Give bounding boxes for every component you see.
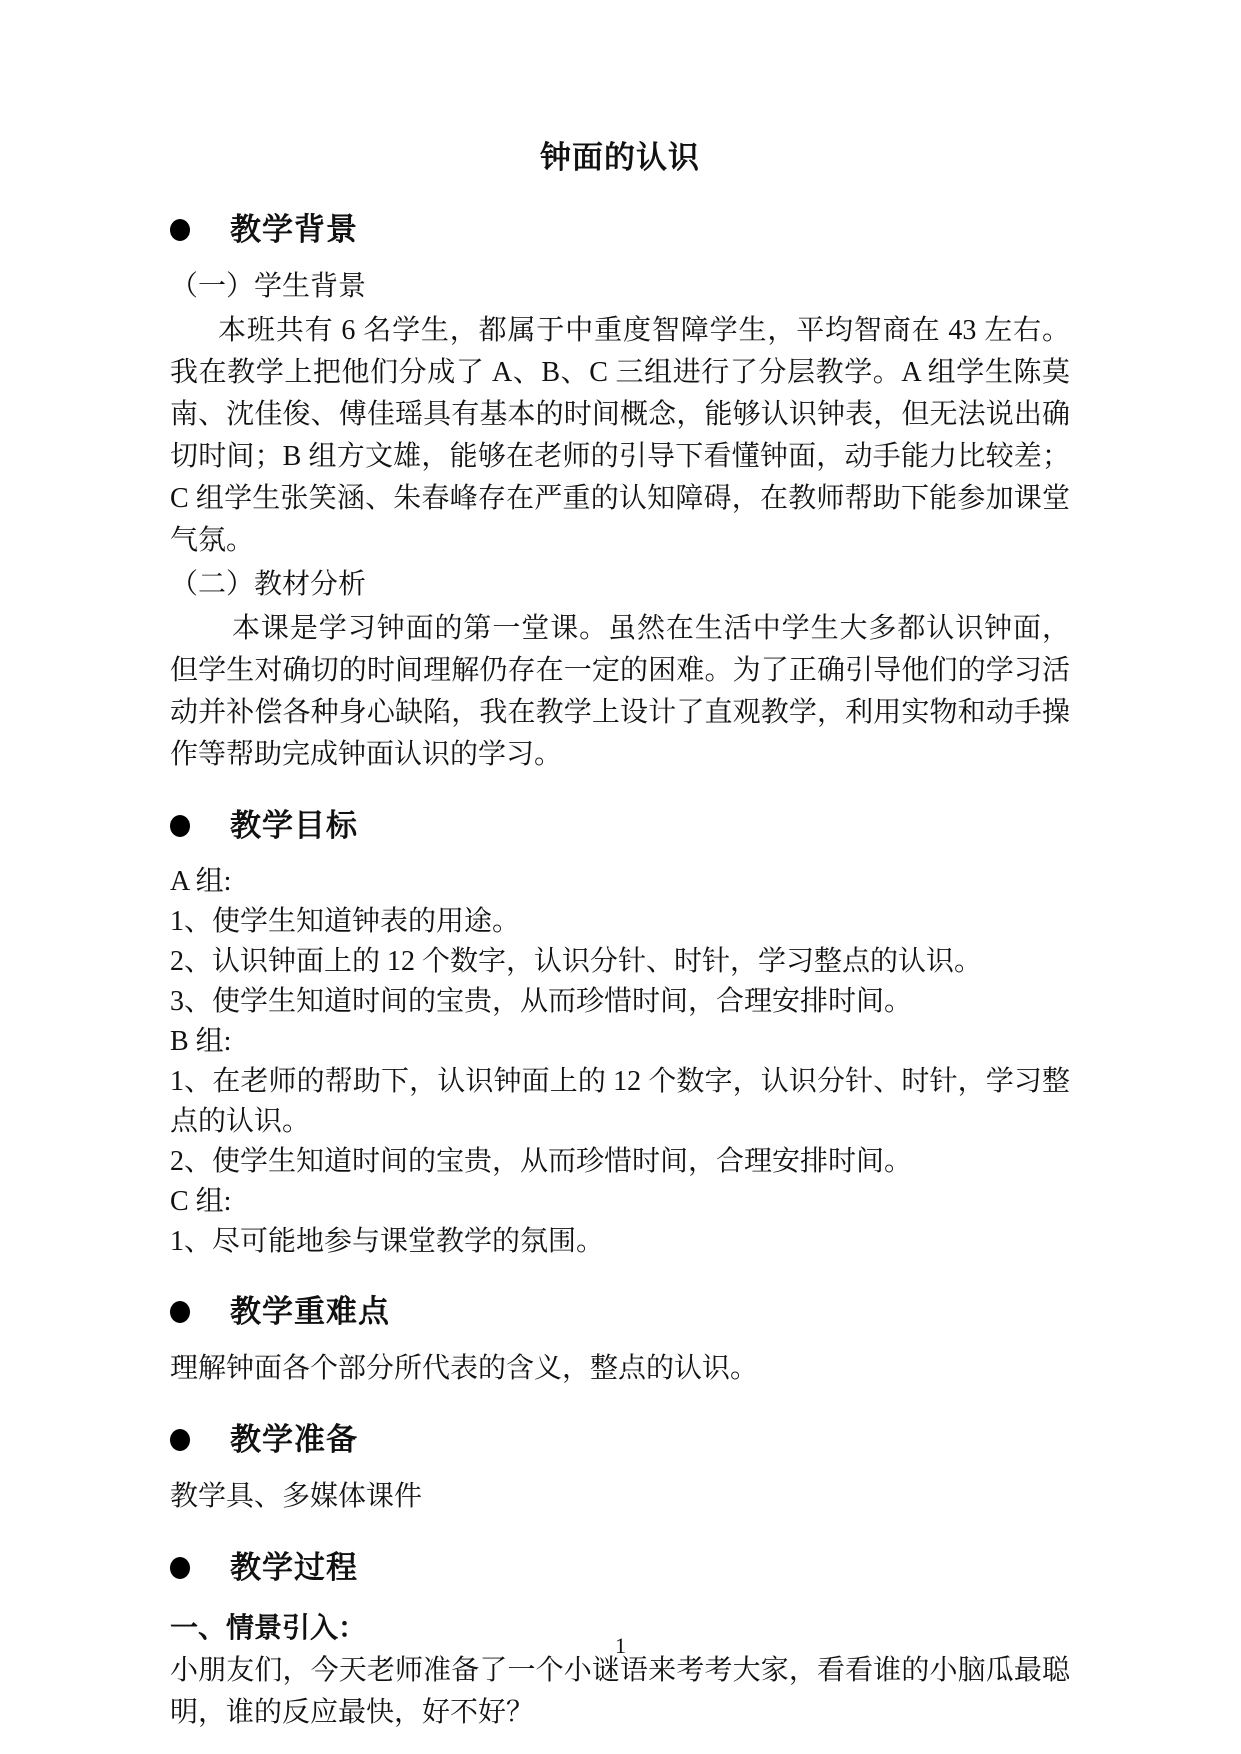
objective-line: 1、在老师的帮助下，认识钟面上的 12 个数字，认识分针、时针，学习整点的认识。 xyxy=(170,1062,1070,1142)
paragraph-scene-introduction: 小朋友们，今天老师准备了一个小谜语来考考大家，看看谁的小脑瓜最聪明，谁的反应最快… xyxy=(170,1650,1070,1734)
section-heading-teaching-objectives: 教学目标 xyxy=(170,804,1070,848)
paragraph-student-background: 本班共有 6 名学生，都属于中重度智障学生，平均智商在 43 左右。我在教学上把… xyxy=(170,310,1070,562)
objective-line: 2、认识钟面上的 12 个数字，认识分针、时针，学习整点的认识。 xyxy=(170,942,1070,982)
section-heading-label: 教学准备 xyxy=(230,1418,358,1462)
document-title: 钟面的认识 xyxy=(170,138,1070,178)
objective-line-group-b: B 组: xyxy=(170,1022,1070,1062)
objective-line: 2、使学生知道时间的宝贵，从而珍惜时间，合理安排时间。 xyxy=(170,1142,1070,1182)
bullet-icon xyxy=(170,219,190,241)
bullet-icon xyxy=(170,1557,190,1579)
section-heading-label: 教学过程 xyxy=(230,1546,358,1590)
subsection-heading-student-background: （一）学生背景 xyxy=(170,266,1070,308)
section-heading-label: 教学目标 xyxy=(230,804,358,848)
paragraph-preparation: 教学具、多媒体课件 xyxy=(170,1476,1070,1518)
section-heading-teaching-background: 教学背景 xyxy=(170,208,1070,252)
bullet-icon xyxy=(170,815,190,837)
objective-line-group-c: C 组: xyxy=(170,1182,1070,1222)
section-heading-teaching-process: 教学过程 xyxy=(170,1546,1070,1590)
bullet-icon xyxy=(170,1301,190,1323)
section-heading-label: 教学背景 xyxy=(230,208,358,252)
document-page: 钟面的认识 教学背景 （一）学生背景 本班共有 6 名学生，都属于中重度智障学生… xyxy=(0,0,1241,1754)
objective-line: 3、使学生知道时间的宝贵，从而珍惜时间，合理安排时间。 xyxy=(170,982,1070,1022)
objective-line: 1、使学生知道钟表的用途。 xyxy=(170,902,1070,942)
section-heading-label: 教学重难点 xyxy=(230,1290,390,1334)
paragraph-key-points: 理解钟面各个部分所代表的含义，整点的认识。 xyxy=(170,1348,1070,1390)
objective-line: 1、尽可能地参与课堂教学的氛围。 xyxy=(170,1222,1070,1262)
section-heading-key-points: 教学重难点 xyxy=(170,1290,1070,1334)
paragraph-material-analysis: 本课是学习钟面的第一堂课。虽然在生活中学生大多都认识钟面，但学生对确切的时间理解… xyxy=(170,608,1070,776)
page-number: 1 xyxy=(0,1634,1241,1658)
bullet-icon xyxy=(170,1429,190,1451)
objective-line-group-a: A 组: xyxy=(170,862,1070,902)
section-heading-preparation: 教学准备 xyxy=(170,1418,1070,1462)
subsection-heading-material-analysis: （二）教材分析 xyxy=(170,564,1070,606)
